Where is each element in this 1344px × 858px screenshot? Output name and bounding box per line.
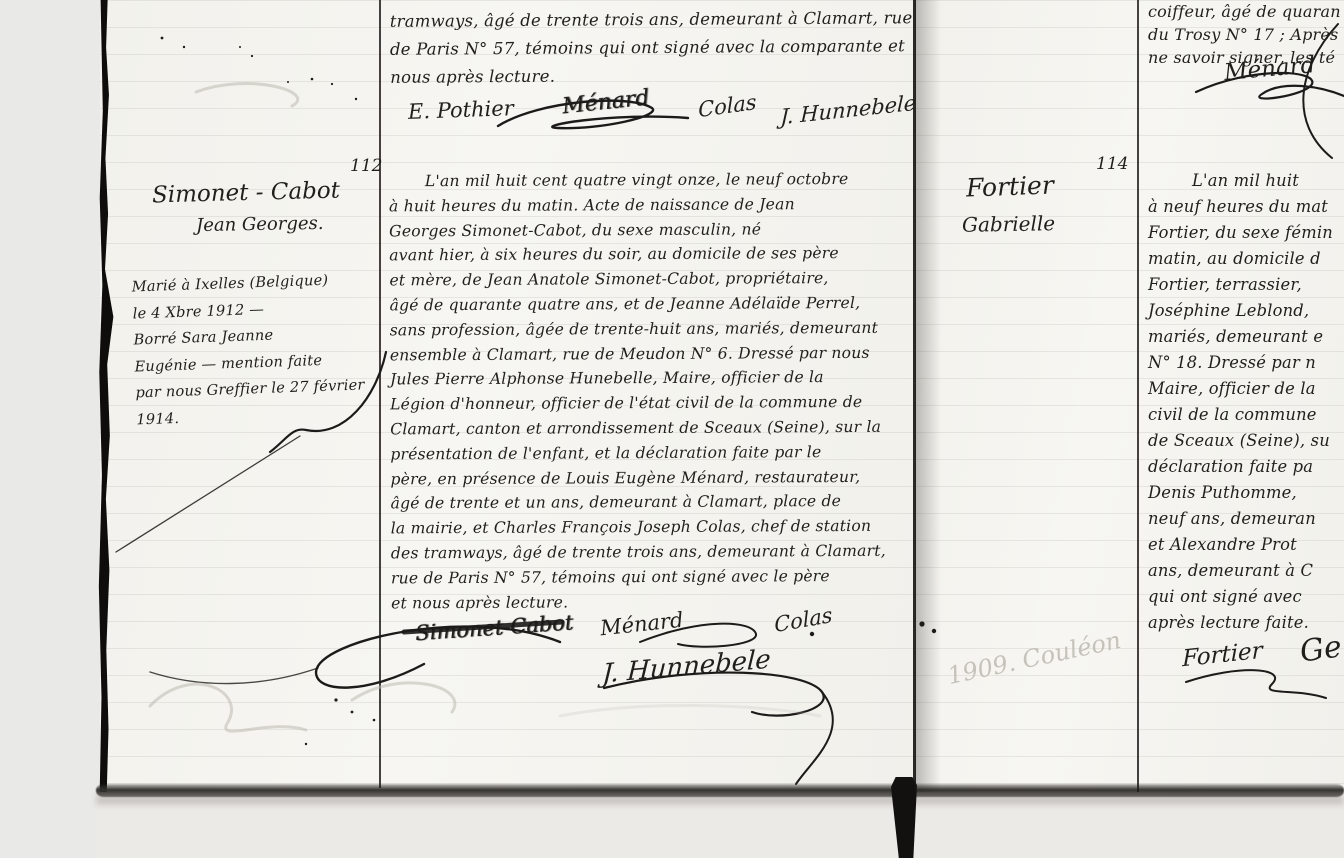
act-114-number: 114 [1096, 154, 1128, 174]
text-line: L'an mil huit [1148, 168, 1344, 194]
text-line: coiffeur, âgé de quaran [1148, 0, 1344, 23]
page-bottom-edge [96, 784, 1344, 797]
text-line: ensemble à Clamart, rue de Meudon N° 6. … [390, 340, 913, 368]
text-line: civil de la commune [1148, 402, 1344, 428]
right-margin-rule [1137, 0, 1139, 792]
text-line: et Alexandre Prot [1148, 532, 1344, 558]
text-line: Légion d'honneur, officier de l'état civ… [390, 390, 913, 418]
text-line: matin, au domicile d [1148, 246, 1344, 272]
text-line: à huit heures du matin. Acte de naissanc… [389, 191, 912, 219]
text-line: N° 18. Dressé par n [1148, 350, 1344, 376]
text-line: avant hier, à six heures du soir, au dom… [389, 241, 912, 269]
text-line: déclaration faite pa [1148, 454, 1344, 480]
text-line: sans profession, âgée de trente-huit ans… [390, 315, 913, 343]
act-112-marriage-annotation: Marié à Ixelles (Belgique)le 4 Xbre 1912… [131, 266, 391, 434]
text-line: Maire, officier de la [1148, 376, 1344, 402]
page-underneath [96, 796, 1344, 858]
left-page-right-rule [913, 0, 916, 788]
text-line: à neuf heures du mat [1148, 194, 1344, 220]
text-line: de Paris N° 57, témoins qui ont signé av… [390, 32, 915, 64]
text-line: ans, demeurant à C [1148, 558, 1344, 584]
text-line: mariés, demeurant e [1148, 324, 1344, 350]
text-line: L'an mil huit cent quatre vingt onze, le… [389, 167, 912, 195]
text-line: rue de Paris N° 57, témoins qui ont sign… [391, 563, 914, 591]
text-line: Clamart, canton et arrondissement de Sce… [390, 415, 913, 443]
text-line: neuf ans, demeuran [1148, 506, 1344, 532]
text-line: tramways, âgé de trente trois ans, demeu… [390, 4, 915, 36]
text-line: âgé de quarante quatre ans, et de Jeanne… [389, 291, 912, 319]
text-line: Georges Simonet-Cabot, du sexe masculin,… [389, 216, 912, 244]
text-line: Fortier, du sexe fémin [1148, 220, 1344, 246]
act-114-margin-surname: Fortier [966, 170, 1055, 202]
text-line: des tramways, âgé de trente trois ans, d… [391, 539, 914, 567]
text-line: qui ont signé avec [1148, 584, 1344, 610]
signature-pothier: E. Pothier [408, 96, 515, 124]
text-line: Denis Puthomme, [1148, 480, 1344, 506]
act-112-number: 112 [350, 156, 382, 176]
register-scan: tramways, âgé de trente trois ans, demeu… [0, 0, 1344, 858]
act-112-margin-surname: Simonet - Cabot [152, 178, 341, 209]
act-114-margin-firstname: Gabrielle [962, 211, 1056, 237]
text-line: du Trosy N° 17 ; Après [1148, 23, 1344, 46]
act-111-end-text: tramways, âgé de trente trois ans, demeu… [390, 4, 916, 92]
text-line: Jules Pierre Alphonse Hunebelle, Maire, … [390, 365, 913, 393]
text-line: père, en présence de Louis Eugène Ménard… [390, 464, 913, 492]
text-line: âgé de trente et un ans, demeurant à Cla… [391, 489, 914, 517]
text-line: la mairie, et Charles François Joseph Co… [391, 514, 914, 542]
text-line: nous après lecture. [390, 60, 915, 92]
gutter-shadow [915, 0, 941, 792]
text-line: de Sceaux (Seine), su [1148, 428, 1344, 454]
text-line: Joséphine Leblond, [1148, 298, 1344, 324]
signature-partial: Ge [1298, 629, 1344, 669]
text-line: et mère, de Jean Anatole Simonet-Cabot, … [389, 266, 912, 294]
text-line: Fortier, terrassier, [1148, 272, 1344, 298]
act-112-body-text: L'an mil huit cent quatre vingt onze, le… [389, 167, 914, 616]
act-114-body-text: L'an mil huità neuf heures du matFortier… [1148, 168, 1344, 636]
text-line: présentation de l'enfant, et la déclarat… [390, 439, 913, 467]
act-112-margin-firstnames: Jean Georges. [196, 213, 324, 236]
